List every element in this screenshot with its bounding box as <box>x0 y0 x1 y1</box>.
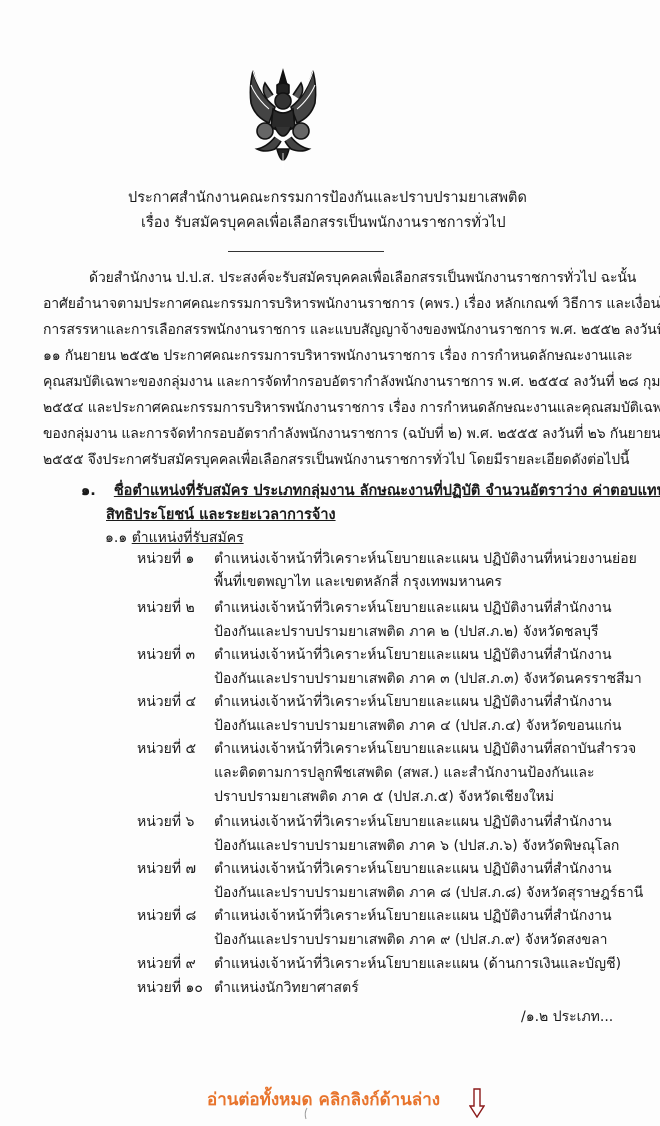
unit-desc: ปราบปรามยาเสพติด ภาค ๕ (ปปส.ภ.๕) จังหวัด… <box>214 786 554 808</box>
unit-desc: ป้องกันและปราบปรามยาเสพติด ภาค ๙ (ปปส.ภ.… <box>214 929 608 951</box>
unit-desc: ตำแหน่งเจ้าหน้าที่วิเคราะห์นโยบายและแผน … <box>214 905 612 927</box>
subsection-title: ตำแหน่งที่รับสมัคร <box>132 530 244 546</box>
section-1-title: ชื่อตำแหน่งที่รับสมัคร ประเภทกลุ่มงาน ลั… <box>114 483 660 499</box>
announcement-title: ประกาศสำนักงานคณะกรรมการป้องกันและปราบปร… <box>128 186 527 209</box>
unit-desc: ป้องกันและปราบปรามยาเสพติด ภาค ๘ (ปปส.ภ.… <box>214 882 643 904</box>
unit-label: หน่วยที่ ๑๐ <box>137 977 203 999</box>
intro-line: ด้วยสำนักงาน ป.ป.ส. ประสงค์จะรับสมัครบุค… <box>89 267 636 289</box>
unit-label: หน่วยที่ ๗ <box>137 858 196 880</box>
intro-line: ๑๑ กันยายน ๒๕๕๒ ประกาศคณะกรรมการบริหารพน… <box>43 345 633 367</box>
unit-label: หน่วยที่ ๖ <box>137 811 194 833</box>
cursor-icon <box>302 1107 310 1121</box>
unit-desc: และติดตามการปลูกพืชเสพติด (สพส.) และสำนั… <box>214 762 595 784</box>
unit-label: หน่วยที่ ๒ <box>137 597 195 619</box>
intro-line: คุณสมบัติเฉพาะของกลุ่มงาน และการจัดทำกรอ… <box>43 371 660 393</box>
section-1-heading: ๑. ชื่อตำแหน่งที่รับสมัคร ประเภทกลุ่มงาน… <box>81 479 660 502</box>
garuda-emblem-icon <box>245 65 321 175</box>
unit-desc: ป้องกันและปราบปรามยาเสพติด ภาค ๖ (ปปส.ภ.… <box>214 835 619 857</box>
unit-desc: ตำแหน่งเจ้าหน้าที่วิเคราะห์นโยบายและแผน … <box>214 597 612 619</box>
unit-desc: ตำแหน่งเจ้าหน้าที่วิเคราะห์นโยบายและแผน … <box>214 858 612 880</box>
unit-desc: ตำแหน่งนักวิทยาศาสตร์ <box>214 977 359 999</box>
title-separator <box>228 251 384 252</box>
read-more-link[interactable]: อ่านต่อทั้งหมด คลิกลิงก์ด้านล่าง <box>207 1086 440 1113</box>
unit-desc: ตำแหน่งเจ้าหน้าที่วิเคราะห์นโยบายและแผน … <box>214 738 636 760</box>
intro-line: ๒๕๕๕ จึงประกาศรับสมัครบุคคลเพื่อเลือกสรร… <box>43 449 629 471</box>
intro-line: การสรรหาและการเลือกสรรพนักงานราชการ และแ… <box>43 319 660 341</box>
subsection-1-1-heading: ๑.๑ ตำแหน่งที่รับสมัคร <box>105 527 244 549</box>
unit-label: หน่วยที่ ๑ <box>137 548 194 570</box>
intro-line: อาศัยอำนาจตามประกาศคณะกรรมการบริหารพนักง… <box>43 293 660 315</box>
unit-desc: ตำแหน่งเจ้าหน้าที่วิเคราะห์นโยบายและแผน … <box>214 691 612 713</box>
intro-line: ๒๕๕๔ และประกาศคณะกรรมการบริหารพนักงานราช… <box>43 397 660 419</box>
page-continuation: /๑.๒ ประเภท... <box>521 1006 613 1028</box>
intro-line: ของกลุ่มงาน และการจัดทำกรอบอัตรากำลังพนั… <box>43 423 660 445</box>
unit-label: หน่วยที่ ๕ <box>137 738 196 760</box>
section-1-title-cont: สิทธิประโยชน์ และระยะเวลาการจ้าง <box>106 507 336 523</box>
unit-desc: ตำแหน่งเจ้าหน้าที่วิเคราะห์นโยบายและแผน … <box>214 811 612 833</box>
down-arrow-icon <box>469 1088 485 1118</box>
unit-label: หน่วยที่ ๓ <box>137 644 195 666</box>
subsection-number: ๑.๑ <box>105 530 127 546</box>
section-1-number: ๑. <box>81 483 96 499</box>
unit-desc: ป้องกันและปราบปรามยาเสพติด ภาค ๒ (ปปส.ภ.… <box>214 621 599 643</box>
unit-desc: พื้นที่เขตพญาไท และเขตหลักสี่ กรุงเทพมหา… <box>214 571 502 593</box>
section-1-heading-cont: สิทธิประโยชน์ และระยะเวลาการจ้าง <box>106 503 336 526</box>
unit-desc: ป้องกันและปราบปรามยาเสพติด ภาค ๔ (ปปส.ภ.… <box>214 715 621 737</box>
unit-label: หน่วยที่ ๔ <box>137 691 196 713</box>
unit-label: หน่วยที่ ๙ <box>137 953 196 975</box>
announcement-subject: เรื่อง รับสมัครบุคคลเพื่อเลือกสรรเป็นพนั… <box>141 211 506 234</box>
unit-desc: ป้องกันและปราบปรามยาเสพติด ภาค ๓ (ปปส.ภ.… <box>214 668 642 690</box>
unit-desc: ตำแหน่งเจ้าหน้าที่วิเคราะห์นโยบายและแผน … <box>214 953 621 975</box>
unit-desc: ตำแหน่งเจ้าหน้าที่วิเคราะห์นโยบายและแผน … <box>214 548 637 570</box>
document-page: ประกาศสำนักงานคณะกรรมการป้องกันและปราบปร… <box>0 0 660 1126</box>
unit-label: หน่วยที่ ๘ <box>137 905 196 927</box>
unit-desc: ตำแหน่งเจ้าหน้าที่วิเคราะห์นโยบายและแผน … <box>214 644 612 666</box>
